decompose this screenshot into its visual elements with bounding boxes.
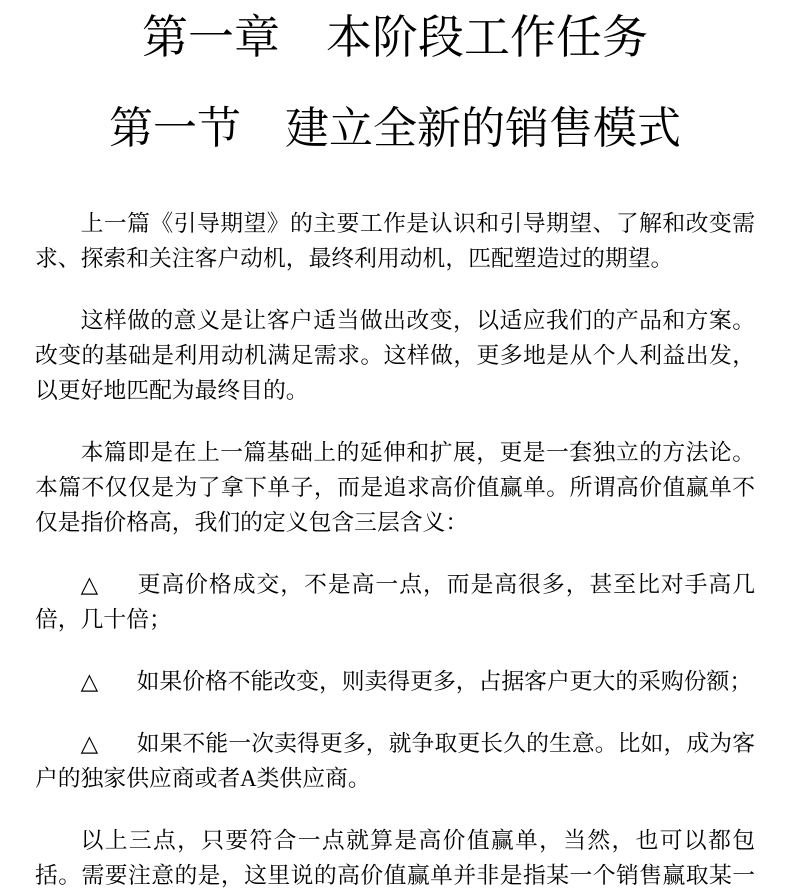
- triangle-bullet-icon: △: [81, 726, 137, 761]
- document-body: 上一篇《引导期望》的主要工作是认识和引导期望、了解和改变需求、探索和关注客户动机…: [35, 206, 755, 893]
- section-title: 第一节 建立全新的销售模式: [35, 104, 755, 154]
- bullet-text: 如果不能一次卖得更多，就争取更长久的生意。比如，成为客户的独家供应商或者A类供应…: [35, 731, 755, 791]
- bullet-text: 如果价格不能改变，则卖得更多，占据客户更大的采购份额；: [137, 669, 753, 694]
- bullet-item: △如果价格不能改变，则卖得更多，占据客户更大的采购份额；: [35, 664, 755, 699]
- chapter-title: 第一章 本阶段工作任务: [35, 12, 755, 64]
- paragraph: 本篇即是在上一篇基础上的延伸和扩展，更是一套独立的方法论。本篇不仅仅是为了拿下单…: [35, 435, 755, 540]
- document-page: 第一章 本阶段工作任务 第一节 建立全新的销售模式 上一篇《引导期望》的主要工作…: [0, 0, 785, 895]
- bullet-item: △如果不能一次卖得更多，就争取更长久的生意。比如，成为客户的独家供应商或者A类供…: [35, 726, 755, 796]
- bullet-item: △更高价格成交，不是高一点，而是高很多，甚至比对手高几倍，几十倍；: [35, 567, 755, 637]
- paragraph: 以上三点，只要符合一点就算是高价值赢单，当然，也可以都包括。需要注意的是，这里说…: [35, 823, 755, 893]
- bullet-text: 更高价格成交，不是高一点，而是高很多，甚至比对手高几倍，几十倍；: [35, 572, 755, 632]
- paragraph: 这样做的意义是让客户适当做出改变，以适应我们的产品和方案。改变的基础是利用动机满…: [35, 303, 755, 408]
- paragraph: 上一篇《引导期望》的主要工作是认识和引导期望、了解和改变需求、探索和关注客户动机…: [35, 206, 755, 276]
- triangle-bullet-icon: △: [81, 664, 137, 699]
- triangle-bullet-icon: △: [81, 567, 137, 602]
